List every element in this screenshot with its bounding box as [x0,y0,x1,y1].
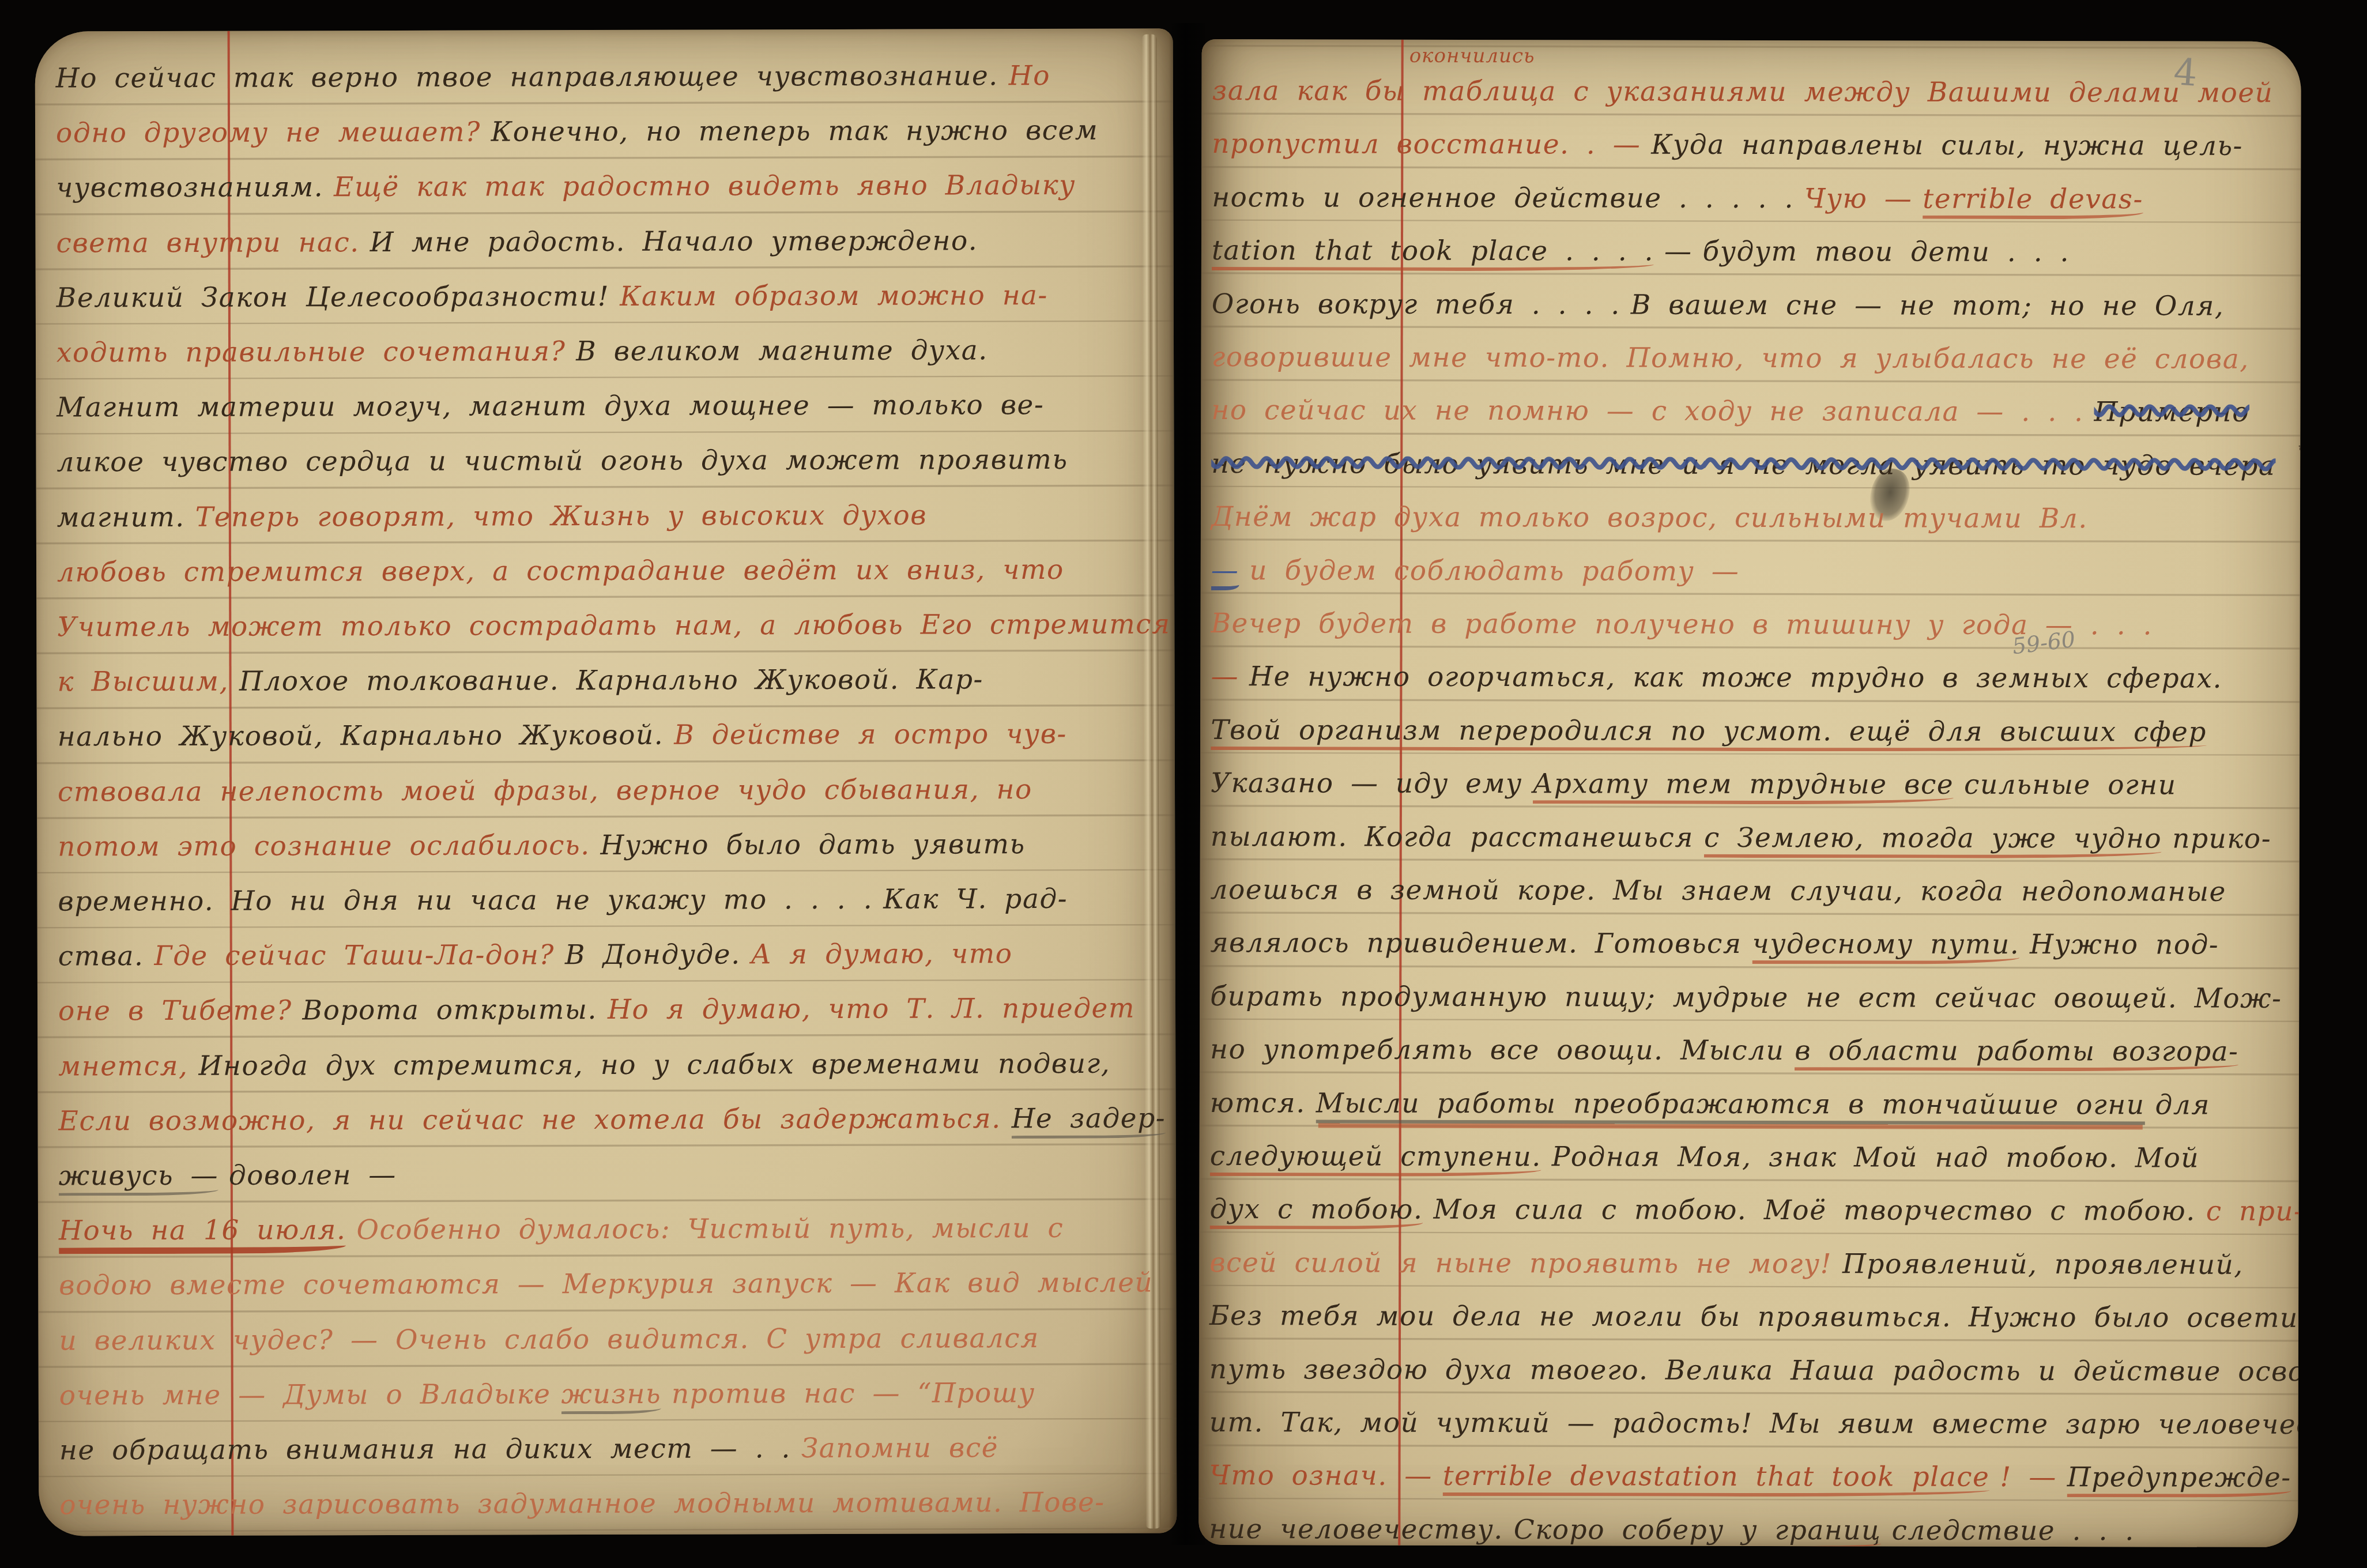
handwriting-line: Твой организм переродился по усмот. ещё … [1211,717,2217,752]
handwriting-segment: В вашем сне — не тот; но не Оля, [1631,289,2225,322]
handwriting-line: Вечер будет в работе получено в тишину у… [1211,610,2164,639]
handwriting-segment: Нужно под- [2030,929,2219,961]
handwriting-segment: и великих чудес? — Очень слабо видится. … [59,1322,1039,1356]
handwriting-segment: Конечно, но теперь так нужно всем [491,115,1099,148]
handwriting-segment: одно другому не мешает? [56,116,481,149]
handwriting-line: и великих чудес? — Очень слабо видится. … [59,1325,1049,1354]
handwriting-segment: Особенно думалось: Чистый путь, мысли с [356,1212,1064,1246]
handwriting-segment: Ещё как так радостно видеть явно Владыку [334,169,1076,203]
handwriting-segment: оне в Тибете? [58,995,292,1027]
handwriting-line: Но сейчас так верно твое направляющее чу… [56,62,1061,92]
handwriting-segment: следующей ступени. [1210,1143,1541,1177]
handwriting-line: путь звездою духа твоего. Велика Наша ра… [1209,1356,2301,1385]
handwriting-line: ность и огненное действие . . . . .Чую —… [1212,184,2154,219]
handwriting-segment: Теперь говорят, что Жизнь у высоких духо… [195,499,928,533]
handwriting-segment: Проявлений, проявлений, [1842,1248,2244,1280]
handwriting-segment: но употреблять все овощи. Мысли [1210,1034,1784,1066]
handwriting-line: очень мне — Думы о Владыкежизньпротив на… [59,1379,1046,1415]
handwriting-segment: В действе я остро чув- [674,718,1067,751]
handwriting-line: оне в Тибете?Ворота открыты.Но я думаю, … [58,995,1145,1025]
handwriting-segment: дух с тобою. [1209,1196,1423,1230]
handwriting-segment: Указано — иду ему [1211,767,1522,800]
handwriting-line: следующей ступени.Родная Моя, знак Мой н… [1210,1143,2210,1178]
handwriting-line: одно другому не мешает?Конечно, но тепер… [56,117,1109,147]
handwriting-segment: ликое чувство сердца и чистый огонь духа… [56,444,1068,478]
handwriting-segment: ходить правильные сочетания? [56,336,566,368]
handwriting-segment: с при- [2206,1196,2301,1227]
handwriting-line: Что означ. —terrible devastation that to… [1209,1462,2301,1498]
handwriting-segment: доволен — [229,1159,397,1192]
handwriting-line: Без тебя мои дела не могли бы проявиться… [1209,1302,2301,1332]
handwriting-line: Учитель может только сострадать нам, а л… [57,610,1177,640]
handwriting-segment: очень нужно зарисовать задуманное модным… [59,1487,1105,1521]
handwriting-line: ствовала нелепость моей фразы, верное чу… [58,776,1043,805]
handwriting-segment: прико- [2172,823,2271,854]
handwriting-segment: чудесному пути. [1752,930,2019,964]
handwriting-segment: terrible devas- [1923,185,2143,219]
handwriting-line: мнется,Иногда дух стремится, но у слабых… [58,1050,1121,1080]
handwriting-segment: ства. [58,940,144,972]
handwriting-segment: И мне радость. Начало утверждено. [370,225,978,258]
handwriting-segment: Без тебя мои дела не могли бы проявиться… [1209,1300,2301,1334]
handwriting-line: Ночь на 16 июля.Особенно думалось: Чисты… [59,1215,1074,1254]
handwriting-segment: ность и огненное действие . . . . . [1212,182,1794,214]
handwriting-segment: — [1664,236,1693,267]
handwriting-segment: и будем соблюдать работу — [1249,555,1739,587]
handwriting-segment: Учитель может только сострадать нам, а л… [57,608,1170,643]
handwriting-line: но употреблять все овощи. Мыслив области… [1210,1036,2249,1072]
handwriting-segment: Иногда дух стремится, но у слабых времен… [198,1047,1110,1081]
handwriting-segment: Куда направлены силы, нужна цель- [1651,129,2243,162]
handwriting-segment: Огонь вокруг тебя . . . . [1212,288,1620,321]
notebook-scan: Но сейчас так верно твое направляющее чу… [0,0,2367,1568]
handwriting-segment: Великий Закон Целесообразности! [56,281,610,314]
handwriting-segment: с Землею, тогда уже чудно [1704,824,2162,858]
handwriting-segment: живусь — [59,1162,218,1196]
handwriting-segment: Каким образом можно на- [620,280,1048,312]
handwriting-line: света внутри нас.И мне радость. Начало у… [56,227,988,257]
handwriting-line: потом это сознание ослабилось.Нужно было… [58,831,1035,860]
handwriting-segment: Не задер- [1012,1105,1166,1139]
handwriting-segment: ются. [1210,1087,1306,1119]
handwriting-line: не обращать внимания на диких мест — . .… [59,1434,1009,1464]
handwriting-segment: — [1211,557,1239,590]
handwriting-line: бирать продуманную пищу; мудрые не ест с… [1210,983,2292,1012]
handwriting-line: ликое чувство сердца и чистый огонь духа… [56,446,1078,476]
handwriting-line: всей силой я ныне проявить не могу!Прояв… [1209,1249,2254,1279]
handwriting-segment: к Высшим, [57,666,229,698]
handwriting-line: ит. Так, мой чуткий — радость! Мы явим в… [1209,1409,2301,1439]
handwriting-segment: Скоро соберу у границ [1514,1516,1882,1547]
handwriting-segment: Ворота открыты. [302,994,597,1026]
handwriting-segment: ние человечеству. [1209,1513,1503,1546]
handwriting-segment: не нужно было уявить мне и я не могла уя… [1211,448,2275,482]
handwriting-segment: против нас — “Прошу [672,1377,1035,1410]
handwriting-segment: всей силой я ныне проявить не могу! [1209,1247,1832,1280]
handwriting-line: Если возможно, я ни сейчас не хотела бы … [58,1105,1176,1141]
handwriting-segment: говорившие мне что-то. Помню, что я улыб… [1212,341,2249,375]
right-page-lines: зала как бы таблица с указаниями между В… [1198,39,2301,1547]
handwriting-segment: В Дондуде. [565,939,741,971]
handwriting-segment: чуду [2298,439,2301,458]
handwriting-segment: пылают. Когда расстанешься [1211,821,1694,854]
handwriting-segment: бирать продуманную пищу; мудрые не ест с… [1210,981,2282,1015]
handwriting-segment: но сейчас их не помню — с ходу не записа… [1211,394,2083,428]
handwriting-line: чувствознаниям.Ещё как так радостно виде… [56,172,1086,202]
handwriting-segment: жизнь [561,1381,662,1414]
handwriting-segment: Нужно было дать уявить [600,828,1025,861]
handwriting-segment: чувствознаниям. [56,172,323,204]
handwriting-segment: Вечер будет в работе получено в тишину у… [1211,608,2153,641]
handwriting-segment: Но сейчас так верно твое направляющее чу… [56,60,998,94]
handwriting-segment: временно. Но ни дня ни часа не укажу то … [58,884,873,918]
handwriting-segment: следствие . . . [1891,1514,2134,1547]
handwriting-segment: в области работы возгора- [1795,1037,2238,1072]
handwriting-segment: Предупрежде- [2067,1464,2291,1498]
handwriting-line: дух с тобою.Моя сила с тобою. Моё творче… [1209,1196,2301,1231]
handwriting-segment: Ночь на 16 июля. [59,1216,346,1254]
handwriting-line: ходить правильные сочетания?В великом ма… [56,337,998,366]
handwriting-line: не нужно было уявить мне и я не могла уя… [1211,450,2301,480]
handwriting-segment: являлось привидением. Готовься [1210,927,1742,960]
handwriting-line: ние человечеству.Скоро соберу у границсл… [1209,1516,2145,1547]
handwriting-segment: водою вместе сочетаются — Меркурия запус… [59,1267,1153,1302]
left-page: Но сейчас так верно твое направляющее чу… [35,28,1177,1536]
handwriting-line: пропустил восстание. . —Куда направлены … [1212,130,2253,160]
handwriting-line: живусь —доволен — [59,1162,407,1196]
handwriting-segment: Но я думаю, что Т. Л. приедет [608,993,1135,1026]
handwriting-line: говорившие мне что-то. Помню, что я улыб… [1212,344,2260,373]
handwriting-segment: Как Ч. рад- [883,883,1068,915]
handwriting-segment: лоешься в земной коре. Мы знаем случаи, … [1211,874,2226,908]
handwriting-segment: ! — [2000,1461,2056,1493]
handwriting-line: ются.Мысли работы преображаются в тончай… [1210,1090,2221,1125]
handwriting-segment: Мысли работы преображаются в тончайшие о… [1316,1090,2145,1125]
handwriting-segment: путь звездою духа твоего. Велика Наша ра… [1209,1354,2301,1388]
handwriting-segment: Не нужно огорчаться, как тоже трудно в з… [1249,661,2222,695]
handwriting-segment: мнется, [58,1050,188,1082]
handwriting-segment: А я думаю, что [751,938,1012,970]
handwriting-line: ства.Где сейчас Таши-Ла-дон?В Дондуде.А … [58,940,1023,970]
handwriting-line: лоешься в земной коре. Мы знаем случаи, … [1211,876,2237,906]
handwriting-line: Великий Закон Целесообразности!Каким обр… [56,282,1058,312]
handwriting-line: временно. Но ни дня ни часа не укажу то … [58,885,1078,915]
handwriting-segment: Чую — [1804,183,1913,214]
handwriting-segment: Днём жар духа только возрос, сильными ту… [1211,501,2088,534]
handwriting-segment: пропустил восстание. . — [1212,128,1641,161]
handwriting-segment: tation that took place . . . . [1212,237,1654,272]
handwriting-line: являлось привидением. Готовьсячудесному … [1210,929,2229,965]
handwriting-line: к Высшим,Плохое толкование. Карнально Жу… [57,666,993,695]
handwriting-segment: света внутри нас. [56,227,359,259]
handwriting-segment: ствовала нелепость моей фразы, верное чу… [58,774,1032,808]
handwriting-segment: Магнит материи могуч, магнит духа мощнее… [56,389,1044,423]
handwriting-segment: сильные огни [1964,769,2177,801]
handwriting-line: Днём жар духа только возрос, сильными ту… [1211,503,2098,532]
handwriting-line: Магнит материи могуч, магнит духа мощнее… [56,391,1054,421]
handwriting-segment: любовь стремится вверх, а сострадание ве… [57,554,1064,589]
handwriting-line: зала как бы таблица с указаниями между В… [1212,77,2284,107]
handwriting-line: пылают. Когда расстанешьсяс Землею, тогд… [1211,823,2282,859]
handwriting-segment: не обращать внимания на диких мест — . . [59,1433,791,1466]
handwriting-segment: будут твои дети . . . [1702,236,2070,268]
right-page: 4 окончились 59-60 зала как бы таблица с… [1198,39,2301,1547]
handwriting-line: —Не нужно огорчаться, как тоже трудно в … [1211,663,2233,692]
handwriting-segment: Где сейчас Таши-Ла-дон? [154,939,555,972]
handwriting-segment: магнит. [57,502,185,534]
handwriting-segment: потом это сознание ослабилось. [58,830,590,862]
handwriting-segment: Примерно [2094,397,2249,429]
handwriting-segment: очень мне — Думы о Владыке [59,1378,551,1411]
handwriting-segment: terrible devastation that took place [1443,1463,1990,1497]
handwriting-segment: для [2155,1089,2210,1121]
handwriting-segment: ит. Так, мой чуткий — радость! Мы явим в… [1209,1407,2301,1441]
handwriting-segment: Архату тем трудные все [1533,770,1954,805]
handwriting-line: очень нужно зарисовать задуманное модным… [59,1489,1115,1519]
handwriting-line: магнит.Теперь говорят, что Жизнь у высок… [57,502,938,531]
handwriting-line: —и будем соблюдать работу — [1211,557,1750,591]
handwriting-segment: Запомни всё [801,1432,998,1464]
handwriting-segment: Но [1009,60,1050,92]
handwriting-segment: Родная Моя, знак Мой над тобою. Мой [1552,1141,2200,1174]
left-page-lines: Но сейчас так верно твое направляющее чу… [35,28,1177,1536]
handwriting-line: водою вместе сочетаются — Меркурия запус… [59,1269,1163,1299]
handwriting-segment: — [1211,661,1239,692]
handwriting-line: tation that took place . . . .—будут тво… [1212,237,2080,272]
handwriting-segment: Если возможно, я ни сейчас не хотела бы … [58,1103,1001,1137]
handwriting-line: Огонь вокруг тебя . . . .В вашем сне — н… [1212,291,2235,320]
handwriting-segment: Моя сила с тобою. Моё творчество с тобою… [1433,1194,2195,1227]
handwriting-line: но сейчас их не помню — с ходу не записа… [1211,397,2260,426]
handwriting-segment: Плохое толкование. Карнально Жуковой. Ка… [239,664,983,697]
handwriting-segment: Что означ. — [1209,1460,1432,1492]
handwriting-segment: Твой организм переродился по усмот. ещё … [1211,717,2207,752]
handwriting-line: нально Жуковой, Карнально Жуковой.В дейс… [58,721,1077,751]
handwriting-line: Указано — иду емуАрхату тем трудные всес… [1211,770,2187,805]
handwriting-segment: нально Жуковой, Карнально Жуковой. [58,719,664,753]
handwriting-segment: В великом магните духа. [576,334,988,367]
handwriting-segment: зала как бы таблица с указаниями между В… [1212,75,2273,109]
handwriting-line: любовь стремится вверх, а сострадание ве… [57,556,1075,586]
